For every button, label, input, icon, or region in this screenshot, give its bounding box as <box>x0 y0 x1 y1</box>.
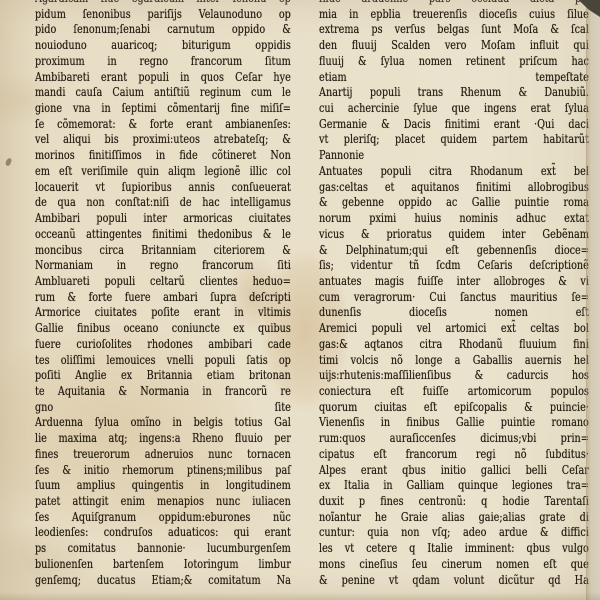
text-line: mia in epblia treuerenſis dioceſis cuius… <box>319 6 589 22</box>
text-line: de qua non conſtat:niſi de hac intelliga… <box>35 194 291 210</box>
page-edge <box>586 0 600 600</box>
text-line: gas:& aqtanos citra Rhodanũ fluuium fini <box>319 336 589 352</box>
text-line: Normaniam in regno francorum ſiti <box>35 257 291 273</box>
text-line: antuates magis fuiſſe inter allobroges &… <box>319 273 589 289</box>
text-line: cipatus eſt francorum regi nõ ſubditus· <box>319 446 589 462</box>
text-line: vt pleriſq; placet quidem partem habitar… <box>319 131 589 147</box>
text-line: ex Italia in Galliam quinque legiones tr… <box>319 477 589 493</box>
text-line: duxit p fines centronũ: q hodie Tarentaſ… <box>319 493 589 509</box>
text-line: cum veragrorum· Cui ſanctus mauritius ſe… <box>319 289 589 305</box>
text-line: fluuij & ſylua nomen retinent priſcum ha… <box>319 53 589 69</box>
text-line: coniectura eſt fuiſſe artomicorum populo… <box>319 383 589 399</box>
text-line: etiam tempeſtate <box>319 69 589 85</box>
text-line: fuere curioſolites rhodones ambibari cad… <box>35 336 291 352</box>
text-line: occeanũ attingentes finitimi thedonibus … <box>35 226 291 242</box>
text-line: Pannonie <box>319 147 589 163</box>
text-line: gno ſite <box>35 399 291 415</box>
text-line: Anartij populi trans Rhenum & Danubiũ. <box>319 84 589 100</box>
text-line: dunenſis dioceſis nomen eſt <box>319 304 589 320</box>
text-line: uijs:rhutenis:maſſilienſibus & cadurcis … <box>319 367 589 383</box>
text-line: genſemq; ducatus Etiam;& comitatum Na <box>35 572 291 588</box>
text-line: Aremici populi vel artomici ext̃ celtas … <box>319 320 589 336</box>
text-line: mons cineſius ſeu cinerum nomen eſt que <box>319 556 589 572</box>
text-line: les vt cetere q Italie imminent: qbus vu… <box>319 540 589 556</box>
text-line: ſes Aquiſgranum oppidum:eburones nũc <box>35 509 291 525</box>
bottom-edge-shadow <box>0 592 600 600</box>
text-line: den fluuij Scalden vero Moſam influit qu… <box>319 37 589 53</box>
text-line: lie maxima atq; ingens:a Rheno fluuio pe… <box>35 430 291 446</box>
text-line: quorum ciuitas eſt epiſcopalis & puincie… <box>319 399 589 415</box>
text-line: vicus & prioratus quidem inter Gebẽnam <box>319 226 589 242</box>
text-line: ſe cõmemorat: & forte erant ambianenſes: <box>35 116 291 132</box>
text-line: em eſt veriſimile quin aliqm legionẽ ill… <box>35 163 291 179</box>
text-line: & gebenne oppido ac Gallie puintie roma <box>319 194 589 210</box>
text-line: pido ſenonum;ſenabi carnutum oppido & <box>35 21 291 37</box>
text-line: ps comitatus bannonie· lucumburgenſem <box>35 540 291 556</box>
text-line: proximum in regno francorum ſitum <box>35 53 291 69</box>
text-line: moncibus circa Britanniam citeriorem & <box>35 242 291 258</box>
text-line: timi volcis nõ longe a Gaballis auernis … <box>319 352 589 368</box>
text-line: mandi cauſa Caium antiſtiũ reginum cum l… <box>35 84 291 100</box>
text-line: ſuum amplius quingentis in longitudinem <box>35 477 291 493</box>
text-line: & Delphinatum;qui eſt gebennenſis dioce= <box>319 242 589 258</box>
text-line: Arduenna ſylua omĩno in belgis totius Ga… <box>35 414 291 430</box>
text-line: fines treuerorum adneruios nunc tornacen <box>35 446 291 462</box>
text-line: cuntur: quia non vſq; adeo ardue & diffi… <box>319 524 589 540</box>
text-line: leodienſes: condruſos aduaticos: qui era… <box>35 524 291 540</box>
text-line: gas:celtas et aquitanos finitimi allobro… <box>319 179 589 195</box>
text-line: Ambibari populi inter armoricas ciuitate… <box>35 210 291 226</box>
book-page: Agardicam ſiue egardicum inter ſenonũ op… <box>0 0 600 600</box>
text-line: locauerit vt ſupioribus annis conſueuera… <box>35 179 291 195</box>
text-line: Alpes erant qbus initio gallici belli Ce… <box>319 462 589 478</box>
text-line: pidum ſenonibus pariſijs Velaunoduno op <box>35 6 291 22</box>
text-line: morinos finitiſſimos in fide cõtineret N… <box>35 147 291 163</box>
text-line: Ambluareti populi celtarũ clientes heduo… <box>35 273 291 289</box>
text-line: nouioduno auaricoq; biturigum oppidis <box>35 37 291 53</box>
text-line: Vienenſis in finibus Gallie puintie roma… <box>319 414 589 430</box>
text-line: Ambibareti erant populi in quos Ceſar hy… <box>35 69 291 85</box>
text-line: Gallie finibus oceano coniuncte ex quibu… <box>35 320 291 336</box>
text-column-left: Agardicam ſiue egardicum inter ſenonũ op… <box>35 0 291 587</box>
text-line: noĩantur he Graie alias gaie;alias grate… <box>319 509 589 525</box>
text-line: norum pximi huius nominis adhuc extat <box>319 210 589 226</box>
text-line: vel aliqui bis proximi:uteos atrebateſq;… <box>35 131 291 147</box>
text-line: cui achercinie ſylue que ingens erat ſyl… <box>319 100 589 116</box>
text-line: rum:quos auraſiccenſes dicimus;vbi prin= <box>319 430 589 446</box>
text-line: rum & forte fuere ambari ſupra deſcripti <box>35 289 291 305</box>
text-line: tes oliſſimi lemouices vnelli populi ſat… <box>35 352 291 368</box>
text-line: ſes & initio rhemorum ptinens;milibus pa… <box>35 462 291 478</box>
text-line: ſis; videntur tñ ſcdm Ceſaris deſcriptio… <box>319 257 589 273</box>
text-line: patet attingit enim menapios nunc iuliac… <box>35 493 291 509</box>
text-line: gione vna in ſeptimi cõmentarij fine miſ… <box>35 100 291 116</box>
text-line: & penine vt qdam volunt dicũtur qd Ha <box>319 572 589 588</box>
text-line: bulionenſen bartenſem Iotoringum limbur <box>35 556 291 572</box>
text-line: extrema ps verſus belgas ſunt Moſa & ſca… <box>319 21 589 37</box>
text-line: poſiti Anglie ex Britannia etiam britona… <box>35 367 291 383</box>
text-column-right: ſilue arduenne pars occidua dicta primia… <box>319 0 589 587</box>
text-line: Armorice ciuitates poſite erant in vltim… <box>35 304 291 320</box>
ink-speck <box>5 157 12 166</box>
text-line: Germanie & Dacis finitimi erant ·Qui dac… <box>319 116 589 132</box>
text-line: Antuates populi citra Rhodanum ext̃ bel <box>319 163 589 179</box>
text-line: te Aquitania & Normania in francorũ re <box>35 383 291 399</box>
